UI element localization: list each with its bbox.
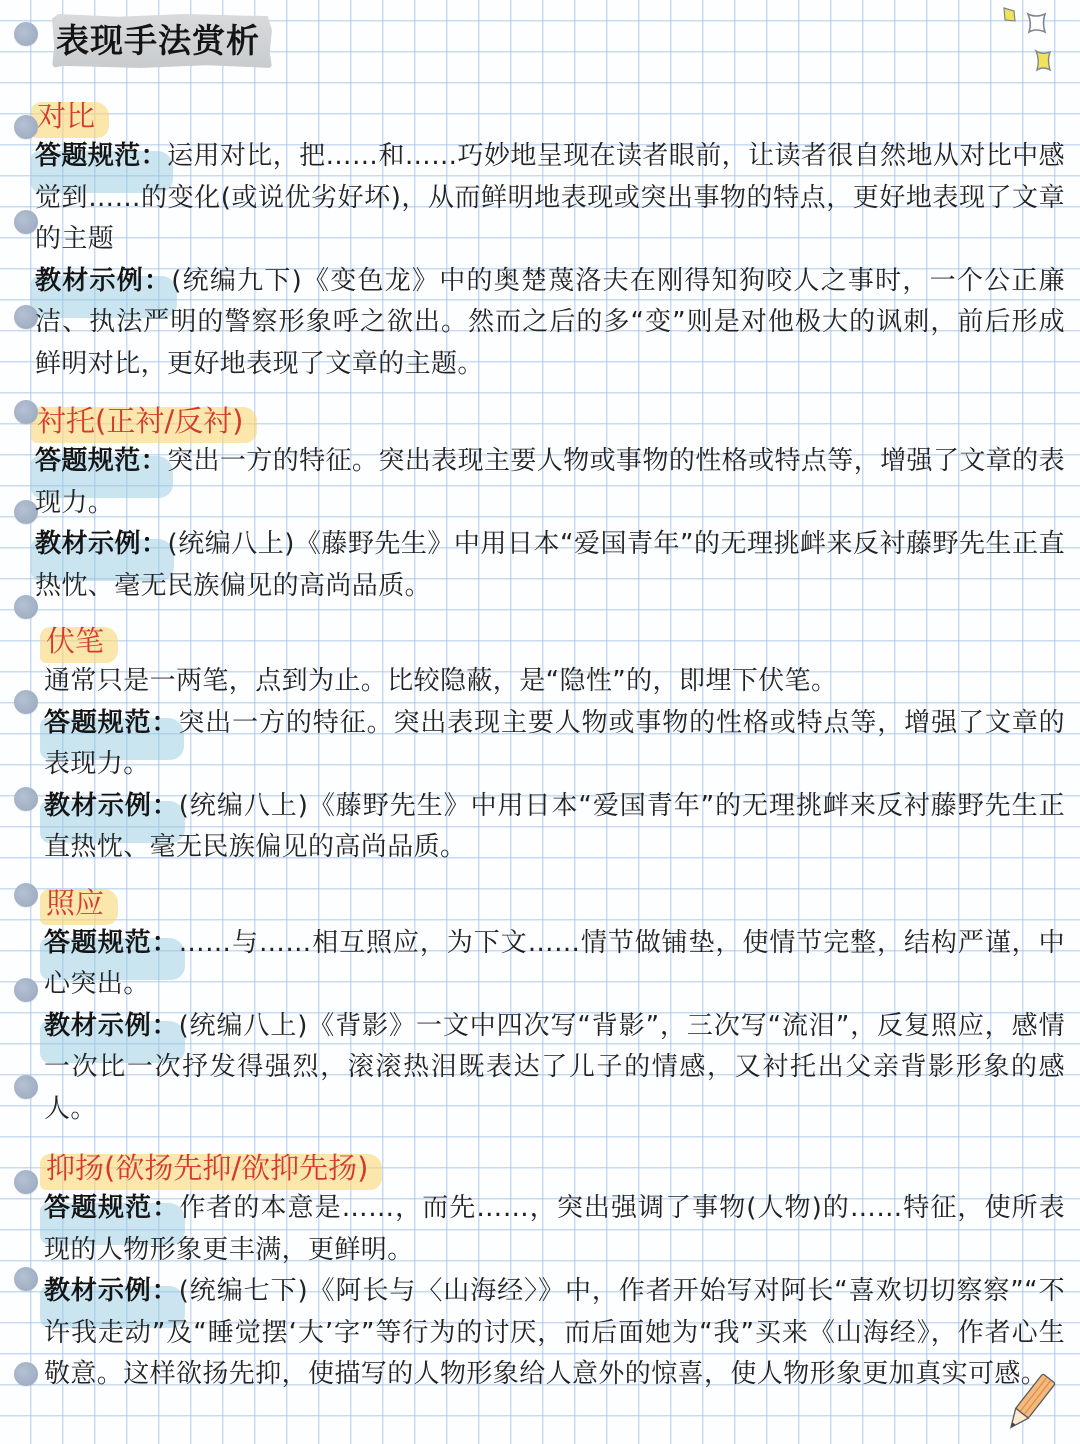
textbook-example: 教材示例：(统编八上)《藤野先生》中用日本“爱国青年”的无理挑衅来反衬藤野先生正… bbox=[44, 786, 1065, 869]
textbook-example-label: 教材示例： bbox=[44, 1011, 179, 1041]
textbook-example-label: 教材示例： bbox=[35, 266, 171, 296]
notes-content: 对比 答题规范：运用对比，把……和……巧妙地呈现在读者眼前，让读者很自然地从对比… bbox=[35, 86, 1065, 1396]
textbook-example: 教材示例：(统编八上)《藤野先生》中用日本“爱国青年”的无理挑衅来反衬藤野先生正… bbox=[35, 524, 1065, 607]
section-foreshadowing: 伏笔 通常只是一两笔，点到为止。比较隐蔽，是“隐性”的，即埋下伏笔。 答题规范：… bbox=[35, 617, 1065, 869]
textbook-example-text: (统编七下)《阿长与〈山海经〉》中，作者开始写对阿长“喜欢切切察察”“不许我走动… bbox=[44, 1276, 1065, 1389]
page-title: 表现手法赏析 bbox=[56, 21, 260, 60]
answer-standard-label: 答题规范： bbox=[35, 141, 167, 171]
section-heading: 对比 bbox=[35, 96, 109, 136]
answer-standard-text: 突出一方的特征。突出表现主要人物或事物的性格或特点等，增强了文章的表现力。 bbox=[35, 446, 1065, 518]
answer-standard: 答题规范：……与……相互照应，为下文……情节做铺垫，使情节完整，结构严谨，中心突… bbox=[44, 923, 1065, 1006]
textbook-example-label: 教材示例： bbox=[44, 791, 179, 821]
answer-standard-label: 答题规范： bbox=[35, 446, 167, 476]
section-heading: 衬托(正衬/反衬) bbox=[35, 401, 257, 441]
answer-standard: 答题规范：作者的本意是……，而先……，突出强调了事物(人物)的……特征，使所表现… bbox=[44, 1188, 1065, 1271]
section-foil: 衬托(正衬/反衬) 答题规范：突出一方的特征。突出表现主要人物或事物的性格或特点… bbox=[35, 397, 1065, 607]
textbook-example-label: 教材示例： bbox=[35, 529, 168, 559]
section-heading: 抑扬(欲扬先抑/欲抑先扬) bbox=[44, 1148, 382, 1188]
section-intro: 通常只是一两笔，点到为止。比较隐蔽，是“隐性”的，即埋下伏笔。 bbox=[44, 661, 1065, 703]
pencil-icon bbox=[1002, 1370, 1058, 1436]
answer-standard: 答题规范：突出一方的特征。突出表现主要人物或事物的性格或特点等，增强了文章的表现… bbox=[35, 441, 1065, 524]
textbook-example-text: (统编八上)《藤野先生》中用日本“爱国青年”的无理挑衅来反衬藤野先生正直热忱、毫… bbox=[44, 791, 1065, 863]
answer-standard-label: 答题规范： bbox=[44, 928, 179, 958]
answer-standard-label: 答题规范： bbox=[44, 1193, 179, 1223]
answer-standard-label: 答题规范： bbox=[44, 708, 178, 738]
sparkle-stars-icon bbox=[998, 4, 1062, 74]
binder-dot bbox=[14, 22, 38, 46]
section-echo: 照应 答题规范：……与……相互照应，为下文……情节做铺垫，使情节完整，结构严谨，… bbox=[35, 879, 1065, 1131]
textbook-example-label: 教材示例： bbox=[44, 1276, 179, 1306]
answer-standard: 答题规范：突出一方的特征。突出表现主要人物或事物的性格或特点等，增强了文章的表现… bbox=[44, 703, 1065, 786]
textbook-example-text: (统编九下)《变色龙》中的奥楚蔑洛夫在刚得知狗咬人之事时，一个公正廉洁、执法严明… bbox=[35, 266, 1065, 379]
title-highlight: 表现手法赏析 bbox=[52, 14, 272, 68]
answer-standard-text: ……与……相互照应，为下文……情节做铺垫，使情节完整，结构严谨，中心突出。 bbox=[44, 928, 1065, 1000]
section-heading: 伏笔 bbox=[44, 621, 118, 661]
answer-standard: 答题规范：运用对比，把……和……巧妙地呈现在读者眼前，让读者很自然地从对比中感觉… bbox=[35, 136, 1065, 261]
section-suppress-raise: 抑扬(欲扬先抑/欲抑先扬) 答题规范：作者的本意是……，而先……，突出强调了事物… bbox=[35, 1144, 1065, 1396]
textbook-example-text: (统编八上)《藤野先生》中用日本“爱国青年”的无理挑衅来反衬藤野先生正直热忱、毫… bbox=[35, 529, 1065, 601]
textbook-example-text: (统编八上)《背影》一文中四次写“背影”，三次写“流泪”，反复照应，感情一次比一… bbox=[44, 1011, 1065, 1124]
textbook-example: 教材示例：(统编九下)《变色龙》中的奥楚蔑洛夫在刚得知狗咬人之事时，一个公正廉洁… bbox=[35, 261, 1065, 386]
answer-standard-text: 作者的本意是……，而先……，突出强调了事物(人物)的……特征，使所表现的人物形象… bbox=[44, 1193, 1065, 1265]
textbook-example: 教材示例：(统编七下)《阿长与〈山海经〉》中，作者开始写对阿长“喜欢切切察察”“… bbox=[44, 1271, 1065, 1396]
section-contrast: 对比 答题规范：运用对比，把……和……巧妙地呈现在读者眼前，让读者很自然地从对比… bbox=[35, 92, 1065, 385]
section-heading: 照应 bbox=[44, 883, 118, 923]
answer-standard-text: 运用对比，把……和……巧妙地呈现在读者眼前，让读者很自然地从对比中感觉到……的变… bbox=[35, 141, 1065, 254]
answer-standard-text: 突出一方的特征。突出表现主要人物或事物的性格或特点等，增强了文章的表现力。 bbox=[44, 708, 1065, 780]
textbook-example: 教材示例：(统编八上)《背影》一文中四次写“背影”，三次写“流泪”，反复照应，感… bbox=[44, 1006, 1065, 1131]
